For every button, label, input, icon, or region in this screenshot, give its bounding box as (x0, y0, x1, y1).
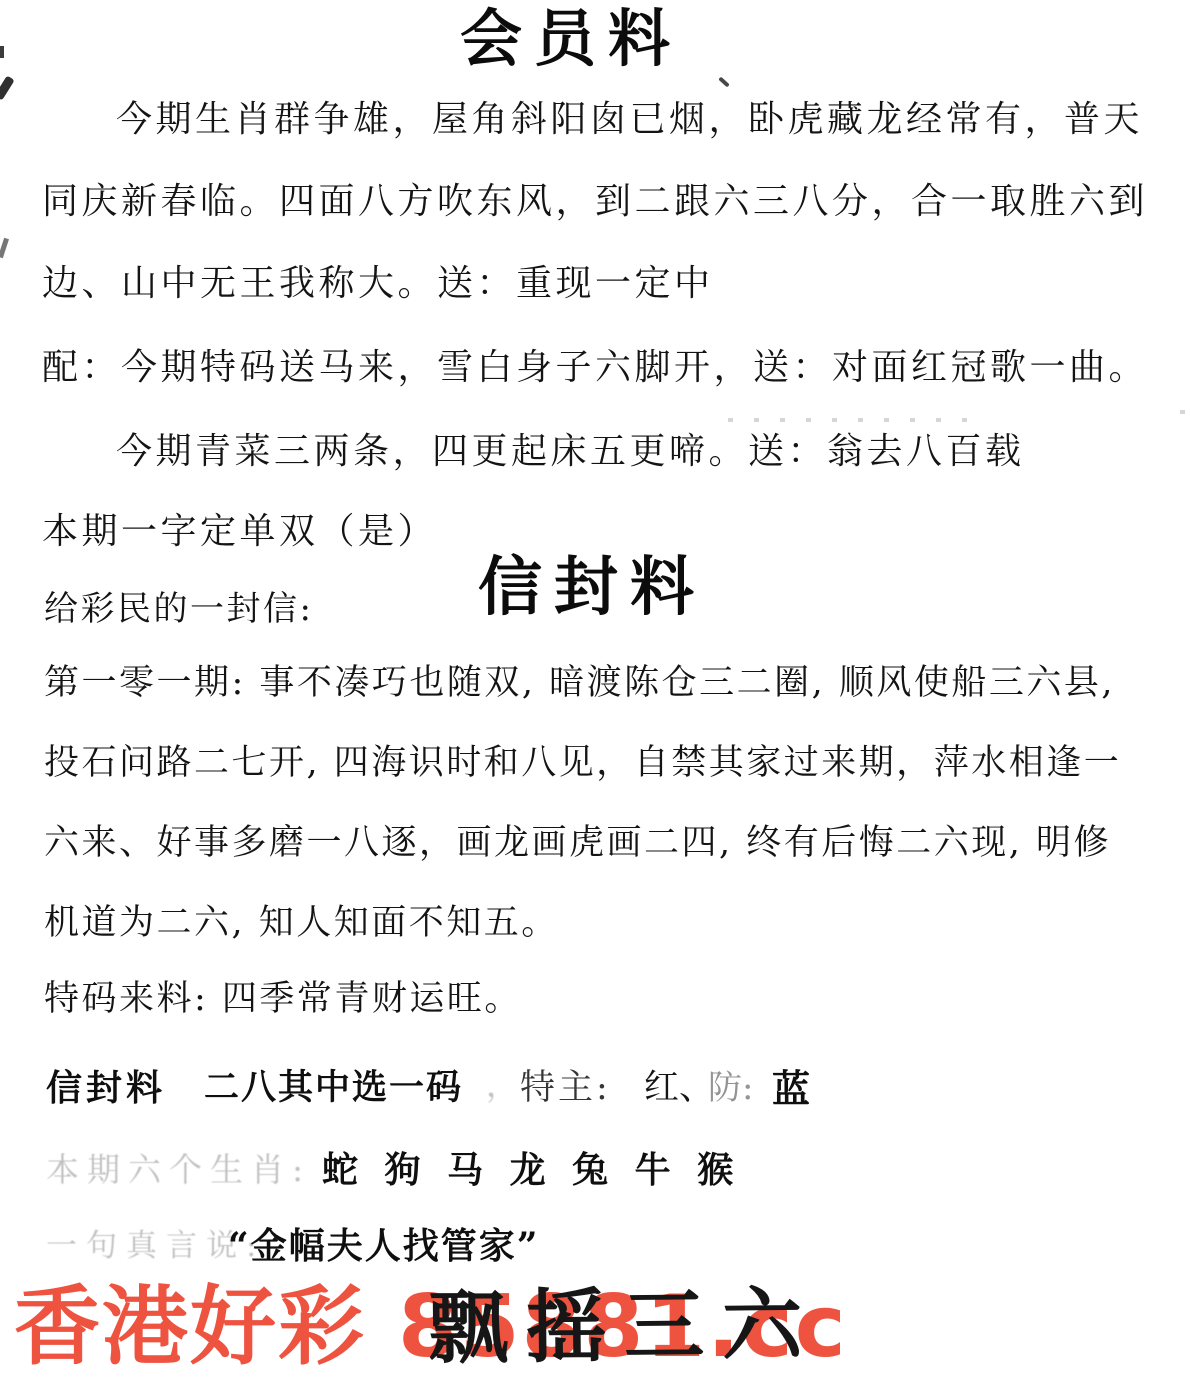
scan-artifact (0, 46, 4, 58)
fang-label-faded: 防: (708, 1060, 753, 1109)
envelope-pick-label: 信封料 (46, 1060, 166, 1111)
scan-artifact (0, 75, 15, 100)
pick-comma-faded: ， (486, 1060, 518, 1106)
scan-artifact (0, 238, 9, 259)
te-zhu-label: 特主: (520, 1060, 611, 1110)
scan-artifact (728, 418, 978, 422)
pick-code-text: 二八其中选一码 (204, 1060, 463, 1110)
letter-to-punters-label: 给彩民的一封信: (44, 592, 313, 626)
member-text-line: 同庆新春临。四面八方吹东风，到二跟六三八分，合一取胜六到 (42, 184, 1148, 220)
member-text-line: 今期青菜三两条，四更起床五更啼。送：翁去八百载 (116, 434, 1025, 470)
quote-text: “金幅夫人找管家” (228, 1218, 539, 1269)
special-code-line: 特码来料: 四季常青财运旺。 (44, 982, 522, 1017)
red-pick-text: 红、 (644, 1060, 714, 1110)
envelope-text-line: 六来、好事多磨一八逐，画龙画虎画二四, 终有后悔二六现, 明修 (44, 826, 1111, 861)
envelope-text-line: 第一零一期: 事不凑巧也随双, 暗渡陈仓三二圈, 顺风使船三六县, (44, 666, 1115, 701)
envelope-text-line: 投石问路二七开, 四海识时和八见，自禁其家过来期，萍水相逢一 (44, 746, 1121, 781)
zodiac-animals: 蛇 狗 马 龙 兔 牛 猴 (322, 1142, 735, 1193)
member-text-line: 配：今期特码送马来，雪白身子六脚开，送：对面红冠歌一曲。 (42, 350, 1148, 386)
scan-artifact (1180, 410, 1190, 414)
member-section-title: 会员料 (460, 8, 682, 70)
handwritten-footer-text: 飘摇三六 (427, 1260, 820, 1379)
blue-pick-text: 蓝 (772, 1058, 810, 1113)
member-text-line: 今期生肖群争雄，屋角斜阳囱已烟，卧虎藏龙经常有，普天 (116, 102, 1143, 138)
member-text-line: 本期一字定单双（是） (42, 514, 437, 550)
zodiac-label-faded: 本期六个生肖: (46, 1144, 311, 1191)
scan-artifact (718, 76, 730, 87)
envelope-text-line: 机道为二六, 知人知面不知五。 (44, 906, 559, 941)
scanned-tip-sheet: 会员料 今期生肖群争雄，屋角斜阳囱已烟，卧虎藏龙经常有，普天 同庆新春临。四面八… (0, 0, 1190, 1388)
member-text-line: 边、山中无王我称大。送：重现一定中 (42, 266, 714, 302)
envelope-section-title: 信封料 (478, 556, 706, 620)
